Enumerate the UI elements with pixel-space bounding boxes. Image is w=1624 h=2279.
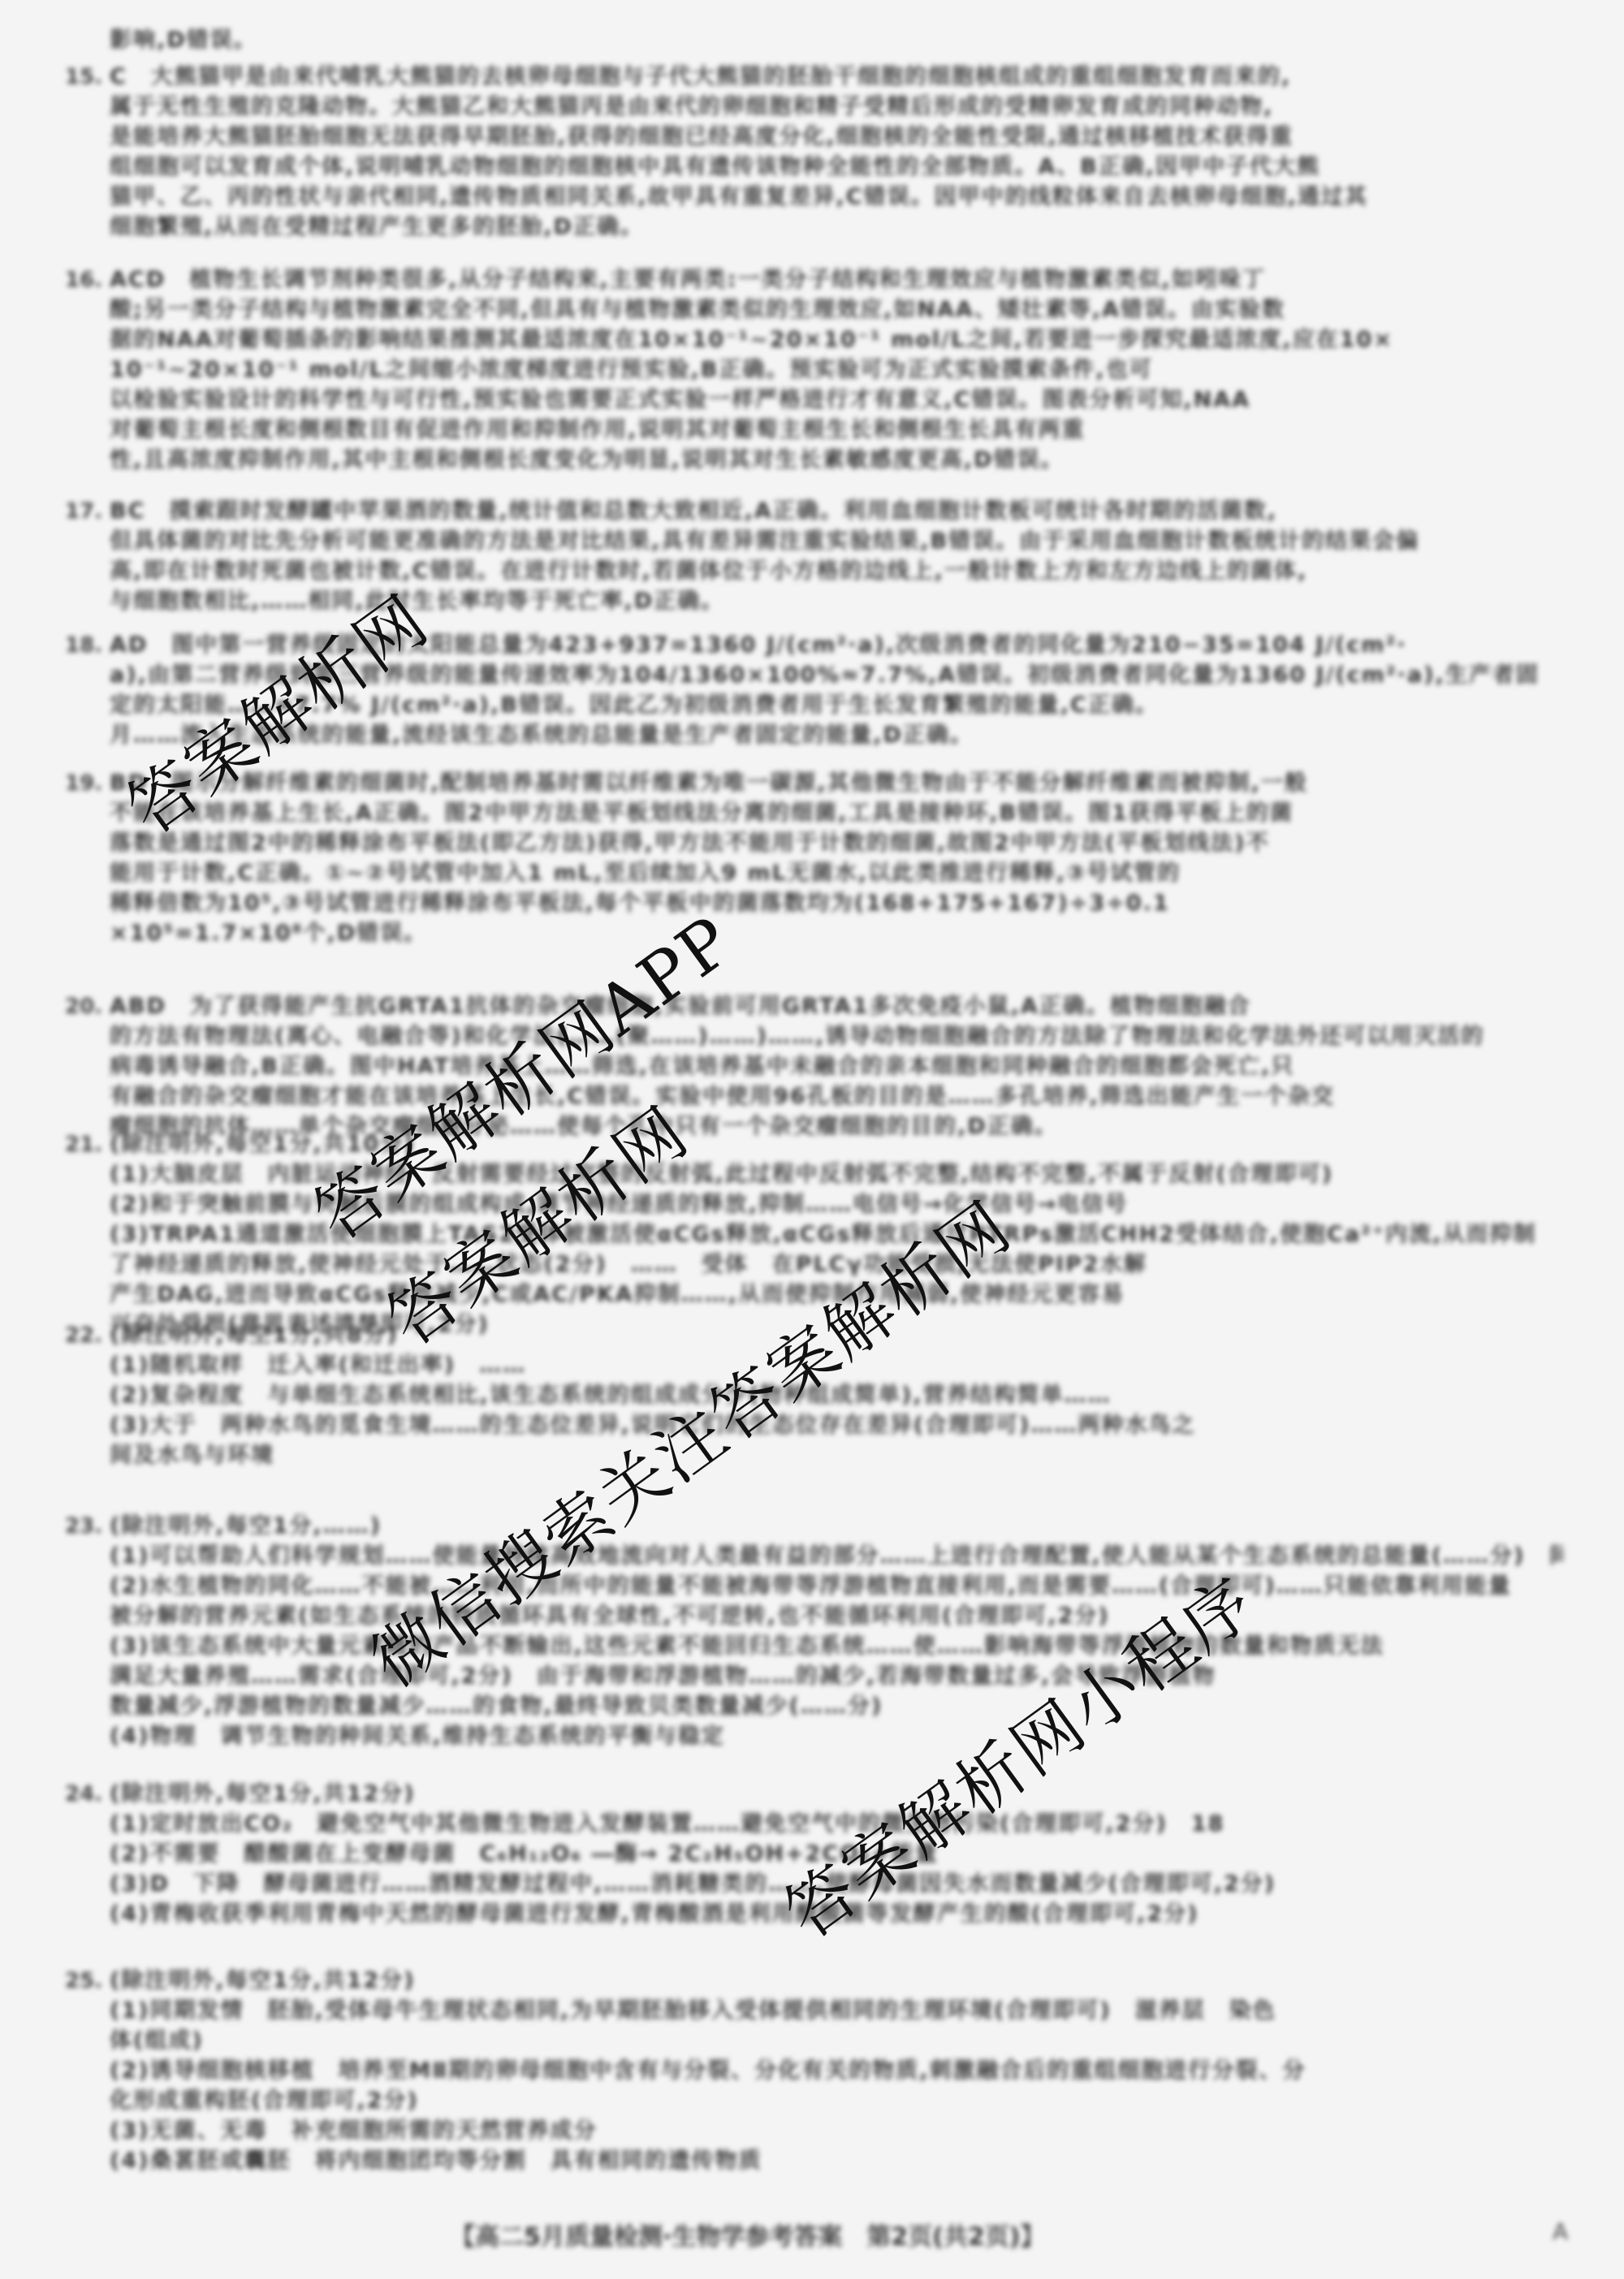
answer-text-line: 细胞繁殖,从而在受精过程产生更多的胚胎,D正确。	[110, 215, 1563, 240]
top-line: 影响,D错误。	[110, 28, 1563, 53]
question-number: 20.	[65, 995, 102, 1019]
answer-text-line: (1)同期发情 胚胎,受体母牛生理状态相同,为早期胚胎移入受体提供相同的生理环境…	[110, 1999, 1563, 2023]
question-number: 17.	[65, 499, 102, 524]
answer-text-line: 有融合的杂交瘤细胞才能在该培养基上生长,C错误。实验中使用96孔板的目的是……多…	[110, 1085, 1563, 1109]
question-number: 18.	[65, 633, 102, 658]
answer-text-line: 体(组成)	[110, 2029, 1563, 2053]
question-number: 24.	[65, 1782, 102, 1806]
answer-text-line: 落数是通过图2中的稀释涂布平板法(即乙方法)获得,甲方法不能用于计数的细菌,故图…	[110, 831, 1563, 856]
answer-text-line: (4)桑葚胚或囊胚 将内细胞团均等分割 具有相同的遗传物质	[110, 2149, 1563, 2173]
answer-text-line: 数量减少,浮游植物的数量减少……的食物,最终导致贝类数量减少(……分)	[110, 1694, 1563, 1719]
answer-text-line: (3)无菌、无毒 补充细胞所需的天然营养成分	[110, 2119, 1563, 2143]
answer-text-line: (除注明外,每空1分,共12分)	[110, 1782, 1563, 1806]
page-footer: 【高二5月质量检测·生物学参考答案 第2页(共2页)】	[451, 2216, 1044, 2252]
question-number: 23.	[65, 1514, 102, 1539]
answer-text-line: 组细胞可以发育成个体,说明哺乳动物细胞的细胞核中具有遗传该物种全能性的全部物质。…	[110, 155, 1563, 179]
answer-text-line: 据的NAA对葡萄插条的影响结果推测其最适浓度在10×10⁻¹~20×10⁻¹ m…	[110, 328, 1563, 352]
question-number: 15.	[65, 65, 102, 89]
answer-text-line: 被分解的营养元素(如生态系统的物质循环具有全球性,不可逆转,也不能循环利用(合理…	[110, 1604, 1563, 1629]
answer-text-line: BD 图示分解纤维素的细菌时,配制培养基时需以纤维素为唯一碳源,其他微生物由于不…	[110, 771, 1563, 796]
answer-text-line: 属于无性生殖的克隆动物。大熊猫乙和大熊猫丙是由来代的卵细胞和精子受精后形成的受精…	[110, 95, 1563, 119]
answer-text-line: ×10⁵=1.7×10⁸个,D错误。	[110, 922, 1563, 946]
answer-text-line: (除注明外,每空1分,共12分)	[110, 1969, 1563, 1993]
answer-text-line: 不能在该培养基上生长,A正确。图2中甲方法是平板划线法分离的细菌,工具是接种环,…	[110, 801, 1563, 826]
answer-text-line: (3)该生态系统中大量元素随的产品不断输出,这些元素不能回归生态系统……使……影…	[110, 1634, 1563, 1659]
answer-text-line: (2)诱导细胞核移植 培养至MⅡ期的卵母细胞中含有与分裂、分化有关的物质,刺激融…	[110, 2059, 1563, 2083]
answer-text-line: ACD 植物生长调节剂种类很多,从分子结构来,主要有两类:一类分子结构和生理效应…	[110, 268, 1563, 292]
answer-text-line: (1)可以帮助人们科学规划……使能量持续高效地流向对人类最有益的部分……上进行合…	[110, 1544, 1563, 1569]
page-footer-version: A	[1553, 2218, 1568, 2245]
answer-text-line: 性,且高浓度抑制作用,其中主根和侧根长度变化为明显,说明其对生长素敏感度更高,D…	[110, 448, 1563, 473]
answer-text-line: C 大熊猫甲是由来代哺乳大熊猫的去核卵母细胞与子代大熊猫的胚胎干细胞的细胞核组成…	[110, 65, 1563, 89]
answer-text-line: 满足大量养殖……需求(合理即可,2分) 由于海带和浮游植物……的减少,若海带数量…	[110, 1664, 1563, 1689]
question-number: 19.	[65, 771, 102, 796]
answer-text-line: BC 摸索跟时发酵罐中苹果酒的数量,统计值和总数大致相近,A正确。利用血细胞计数…	[110, 499, 1563, 524]
answer-text-line: 猫甲、乙、丙的性状与亲代相同,遗传物质相同关系,故甲具有重复差异,C错误。因甲中…	[110, 185, 1563, 209]
answer-text-line: 10⁻¹~20×10⁻¹ mol/L之间缩小浓度梯度进行预实验,B正确。预实验可…	[110, 358, 1563, 382]
answer-text-line: (2)水生植物的同化……不能被……利用,而所中的能量不能被海带等浮游植物直接利用…	[110, 1574, 1563, 1599]
answer-text-line: 能用于计数,C正确。①~②号试管中加入1 mL,至后续加入9 mL无菌水,以此类…	[110, 861, 1563, 886]
answer-text-line: 与细胞数相比,……相同,此时生长率均等于死亡率,D正确。	[110, 589, 1563, 614]
answer-text-line: 对葡萄主根长度和侧根数目有促进作用和抑制作用,说明其对葡萄主根生长和侧根生长具有…	[110, 418, 1563, 442]
question-number: 25.	[65, 1969, 102, 1993]
answer-text-line: 但具体菌的对比先分析可能更准确的方法是对比结果,具有差异需注重实验结果,B错误。…	[110, 529, 1563, 554]
answer-text-line: 间及水鸟与环境	[110, 1444, 1563, 1468]
answer-text-line: 稀释倍数为10⁵,③号试管进行稀释涂布平板法,每个平板中的菌落数均为(168+1…	[110, 891, 1563, 916]
answer-text-line: 高,即在计数时死菌也被计数,C错误。在进行计数时,若菌体位于小方格的边线上,一般…	[110, 559, 1563, 584]
answer-text-line: 病毒诱导融合,B正确。图中HAT培养基上……筛选,在该培养基中未融合的亲本细胞和…	[110, 1055, 1563, 1079]
answer-text-line: ABD 为了获得能产生抗GRTA1抗体的杂交瘤细胞,实验前可用GRTA1多次免疫…	[110, 995, 1563, 1019]
answer-text-line: (除注明外,每空1分,……)	[110, 1514, 1563, 1539]
answer-text-line: 是能培养大熊猫胚胎细胞无法获得早期胚胎,获得的细胞已经高度分化,细胞核的全能性受…	[110, 125, 1563, 149]
question-number: 21.	[65, 1133, 102, 1157]
answer-text-line: 的方法有物理法(离心、电融合等)和化学法(……(聚……)……)……,诱导动物细胞…	[110, 1025, 1563, 1049]
question-number: 22.	[65, 1323, 102, 1348]
question-number: 16.	[65, 268, 102, 292]
answer-text-line: 酸;另一类分子结构与植物激素完全不同,但具有与植物激素类似的生理效应,如NAA、…	[110, 298, 1563, 322]
answer-text-line: (4)物理 调节生物的种间关系,维持生态系统的平衡与稳定	[110, 1724, 1563, 1749]
answer-text-line: 以检验实验设计的科学性与可行性,预实验也需要正式实验一样严格进行才有意义,C错误…	[110, 388, 1563, 412]
answer-text-line: 化形成重构胚(合理即可,2分)	[110, 2089, 1563, 2113]
answer-text-line: (3)大于 两种水鸟的觅食生境……的生态位差异,说明它们的生态位存在差异(合理即…	[110, 1414, 1563, 1438]
